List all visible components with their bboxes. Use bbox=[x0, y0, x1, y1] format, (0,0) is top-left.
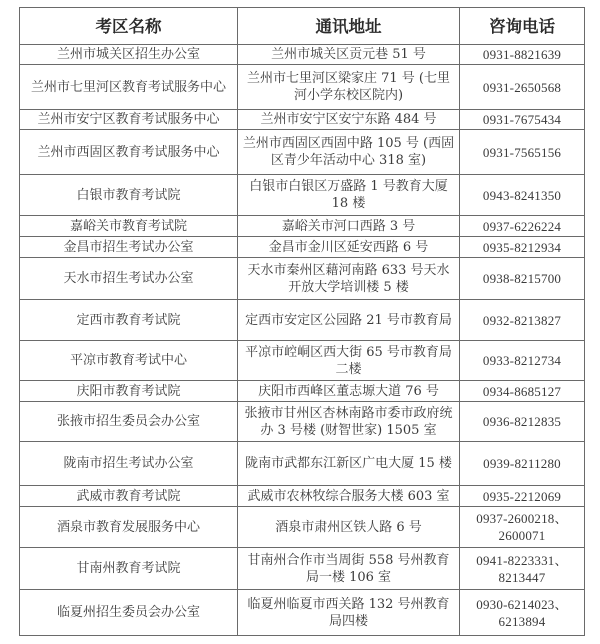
cell-mailing-address: 天水市秦州区藉河南路 633 号天水开放大学培训楼 5 楼 bbox=[238, 258, 460, 300]
cell-exam-area-name: 庆阳市教育考试院 bbox=[20, 381, 238, 402]
cell-exam-area-name: 兰州市城关区招生办公室 bbox=[20, 45, 238, 65]
cell-mailing-address: 兰州市西固区西固中路 105 号 (西固区青少年活动中心 318 室) bbox=[238, 130, 460, 175]
cell-mailing-address: 嘉峪关市河口西路 3 号 bbox=[238, 216, 460, 237]
cell-mailing-address: 临夏州临夏市西关路 132 号州教育局四楼 bbox=[238, 590, 460, 636]
cell-mailing-address: 金昌市金川区延安西路 6 号 bbox=[238, 237, 460, 258]
table-row: 金昌市招生考试办公室金昌市金川区延安西路 6 号0935-8212934 bbox=[20, 237, 585, 258]
cell-mailing-address: 兰州市城关区贡元巷 51 号 bbox=[238, 45, 460, 65]
cell-exam-area-name: 甘南州教育考试院 bbox=[20, 548, 238, 590]
cell-mailing-address: 酒泉市肃州区铁人路 6 号 bbox=[238, 507, 460, 548]
cell-exam-area-name: 兰州市西固区教育考试服务中心 bbox=[20, 130, 238, 175]
cell-inquiry-phone: 0937-6226224 bbox=[460, 216, 585, 237]
cell-inquiry-phone: 0933-8212734 bbox=[460, 341, 585, 381]
cell-mailing-address: 张掖市甘州区杏林南路市委市政府统办 3 号楼 (财智世家) 1505 室 bbox=[238, 402, 460, 442]
cell-exam-area-name: 张掖市招生委员会办公室 bbox=[20, 402, 238, 442]
cell-exam-area-name: 兰州市七里河区教育考试服务中心 bbox=[20, 65, 238, 110]
table-row: 甘南州教育考试院甘南州合作市当周街 558 号州教育局一楼 106 室0941-… bbox=[20, 548, 585, 590]
cell-inquiry-phone: 0938-8215700 bbox=[460, 258, 585, 300]
table-row: 临夏州招生委员会办公室临夏州临夏市西关路 132 号州教育局四楼0930-621… bbox=[20, 590, 585, 636]
table-body: 兰州市城关区招生办公室兰州市城关区贡元巷 51 号0931-8821639兰州市… bbox=[20, 45, 585, 636]
cell-exam-area-name: 白银市教育考试院 bbox=[20, 175, 238, 216]
cell-inquiry-phone: 0943-8241350 bbox=[460, 175, 585, 216]
header-mailing-address: 通讯地址 bbox=[238, 8, 460, 45]
table-row: 兰州市城关区招生办公室兰州市城关区贡元巷 51 号0931-8821639 bbox=[20, 45, 585, 65]
cell-exam-area-name: 嘉峪关市教育考试院 bbox=[20, 216, 238, 237]
table-row: 张掖市招生委员会办公室张掖市甘州区杏林南路市委市政府统办 3 号楼 (财智世家)… bbox=[20, 402, 585, 442]
cell-exam-area-name: 兰州市安宁区教育考试服务中心 bbox=[20, 110, 238, 130]
cell-exam-area-name: 天水市招生考试办公室 bbox=[20, 258, 238, 300]
cell-inquiry-phone: 0936-8212835 bbox=[460, 402, 585, 442]
cell-inquiry-phone: 0941-8223331、8213447 bbox=[460, 548, 585, 590]
cell-inquiry-phone: 0934-8685127 bbox=[460, 381, 585, 402]
exam-office-contact-table: 考区名称 通讯地址 咨询电话 兰州市城关区招生办公室兰州市城关区贡元巷 51 号… bbox=[19, 7, 585, 636]
cell-mailing-address: 陇南市武都东江新区广电大厦 15 楼 bbox=[238, 442, 460, 486]
cell-exam-area-name: 平凉市教育考试中心 bbox=[20, 341, 238, 381]
cell-exam-area-name: 酒泉市教育发展服务中心 bbox=[20, 507, 238, 548]
cell-mailing-address: 平凉市崆峒区西大街 65 号市教育局二楼 bbox=[238, 341, 460, 381]
table-header-row: 考区名称 通讯地址 咨询电话 bbox=[20, 8, 585, 45]
table-row: 兰州市安宁区教育考试服务中心兰州市安宁区安宁东路 484 号0931-76754… bbox=[20, 110, 585, 130]
cell-mailing-address: 甘南州合作市当周街 558 号州教育局一楼 106 室 bbox=[238, 548, 460, 590]
cell-inquiry-phone: 0935-2212069 bbox=[460, 486, 585, 507]
table-row: 武威市教育考试院武威市农林牧综合服务大楼 603 室0935-2212069 bbox=[20, 486, 585, 507]
table-row: 陇南市招生考试办公室陇南市武都东江新区广电大厦 15 楼0939-8211280 bbox=[20, 442, 585, 486]
cell-mailing-address: 兰州市安宁区安宁东路 484 号 bbox=[238, 110, 460, 130]
header-exam-area-name: 考区名称 bbox=[20, 8, 238, 45]
cell-inquiry-phone: 0930-6214023、6213894 bbox=[460, 590, 585, 636]
cell-mailing-address: 庆阳市西峰区董志塬大道 76 号 bbox=[238, 381, 460, 402]
table-row: 白银市教育考试院白银市白银区万盛路 1 号教育大厦 18 楼0943-82413… bbox=[20, 175, 585, 216]
cell-mailing-address: 白银市白银区万盛路 1 号教育大厦 18 楼 bbox=[238, 175, 460, 216]
table-row: 酒泉市教育发展服务中心酒泉市肃州区铁人路 6 号0937-2600218、260… bbox=[20, 507, 585, 548]
cell-mailing-address: 武威市农林牧综合服务大楼 603 室 bbox=[238, 486, 460, 507]
cell-inquiry-phone: 0932-8213827 bbox=[460, 300, 585, 341]
cell-exam-area-name: 定西市教育考试院 bbox=[20, 300, 238, 341]
cell-inquiry-phone: 0935-8212934 bbox=[460, 237, 585, 258]
cell-mailing-address: 定西市安定区公园路 21 号市教育局 bbox=[238, 300, 460, 341]
cell-inquiry-phone: 0931-7675434 bbox=[460, 110, 585, 130]
table-row: 天水市招生考试办公室天水市秦州区藉河南路 633 号天水开放大学培训楼 5 楼0… bbox=[20, 258, 585, 300]
table-row: 嘉峪关市教育考试院嘉峪关市河口西路 3 号0937-6226224 bbox=[20, 216, 585, 237]
cell-exam-area-name: 武威市教育考试院 bbox=[20, 486, 238, 507]
cell-exam-area-name: 陇南市招生考试办公室 bbox=[20, 442, 238, 486]
table-row: 庆阳市教育考试院庆阳市西峰区董志塬大道 76 号0934-8685127 bbox=[20, 381, 585, 402]
table-row: 兰州市七里河区教育考试服务中心兰州市七里河区梁家庄 71 号 (七里河小学东校区… bbox=[20, 65, 585, 110]
table-row: 兰州市西固区教育考试服务中心兰州市西固区西固中路 105 号 (西固区青少年活动… bbox=[20, 130, 585, 175]
cell-mailing-address: 兰州市七里河区梁家庄 71 号 (七里河小学东校区院内) bbox=[238, 65, 460, 110]
cell-exam-area-name: 金昌市招生考试办公室 bbox=[20, 237, 238, 258]
cell-inquiry-phone: 0931-8821639 bbox=[460, 45, 585, 65]
cell-inquiry-phone: 0937-2600218、2600071 bbox=[460, 507, 585, 548]
table-row: 平凉市教育考试中心平凉市崆峒区西大街 65 号市教育局二楼0933-821273… bbox=[20, 341, 585, 381]
cell-inquiry-phone: 0931-2650568 bbox=[460, 65, 585, 110]
table-row: 定西市教育考试院定西市安定区公园路 21 号市教育局0932-8213827 bbox=[20, 300, 585, 341]
header-inquiry-phone: 咨询电话 bbox=[460, 8, 585, 45]
cell-inquiry-phone: 0931-7565156 bbox=[460, 130, 585, 175]
cell-exam-area-name: 临夏州招生委员会办公室 bbox=[20, 590, 238, 636]
cell-inquiry-phone: 0939-8211280 bbox=[460, 442, 585, 486]
